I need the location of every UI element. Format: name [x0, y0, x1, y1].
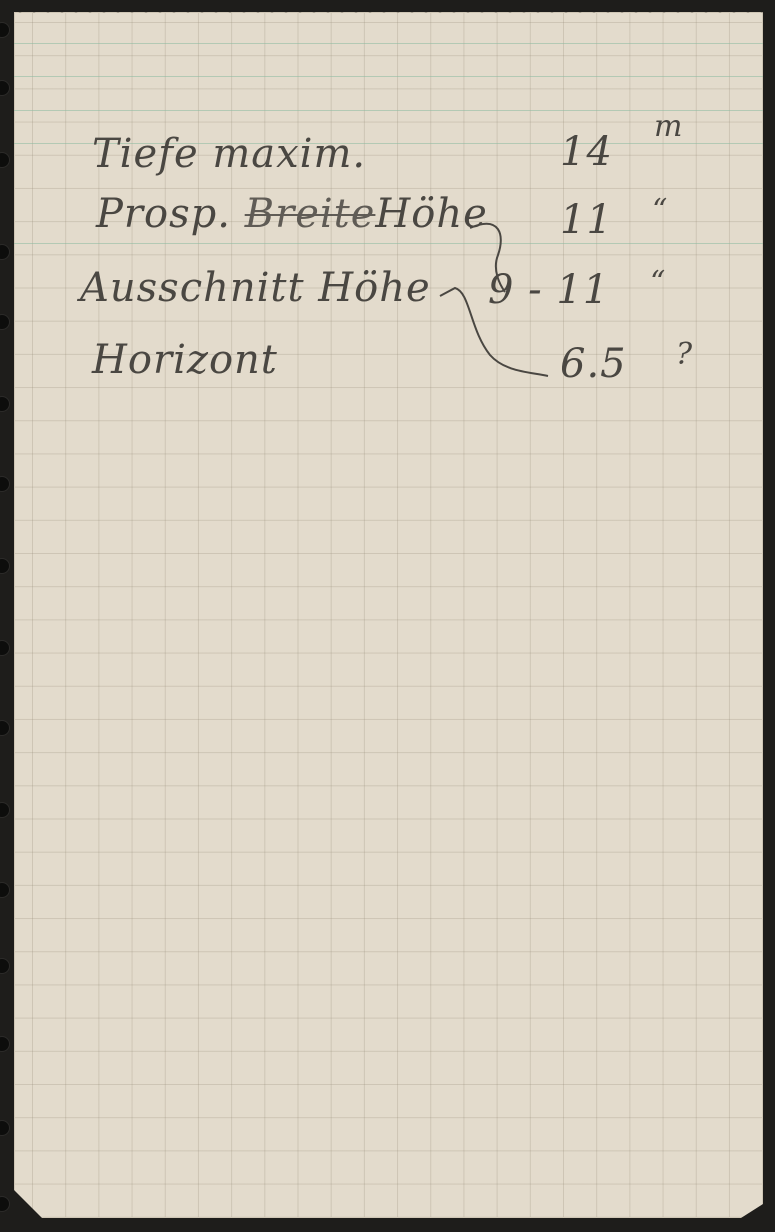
- binder-hole: [0, 558, 10, 574]
- binder-hole: [0, 152, 10, 168]
- label-struck-word: Breite: [245, 191, 376, 237]
- binder-hole: [0, 1196, 10, 1212]
- binder-hole: [0, 80, 10, 96]
- binder-hole: [0, 882, 10, 898]
- binder-hole: [0, 314, 10, 330]
- binder-hole: [0, 958, 10, 974]
- row-unit-proscenium: “: [652, 196, 668, 226]
- binder-hole: [0, 802, 10, 818]
- torn-perforated-edge: [14, 7, 763, 15]
- label-suffix: Höhe: [375, 191, 487, 237]
- label-prefix: Prosp.: [96, 191, 231, 237]
- row-value-proscenium: 11: [560, 200, 613, 240]
- row-value-cutout: 9 - 11: [488, 270, 609, 310]
- row-unit-horizon: ?: [676, 340, 693, 370]
- row-value-horizon: 6.5: [560, 344, 627, 384]
- binder-hole: [0, 476, 10, 492]
- row-label-proscenium: Prosp. BreiteHöhe: [96, 194, 488, 234]
- row-label-cutout: Ausschnitt Höhe: [80, 268, 431, 308]
- binder-holes: [0, 0, 14, 1232]
- row-value-depth: 14: [560, 132, 613, 172]
- row-unit-depth: m: [654, 112, 683, 142]
- binder-hole: [0, 1120, 10, 1136]
- binder-hole: [0, 244, 10, 260]
- folded-corner: [741, 1204, 763, 1218]
- binder-hole: [0, 1036, 10, 1052]
- grid-rule: [14, 110, 763, 111]
- grid-rule: [14, 76, 763, 77]
- binder-hole: [0, 720, 10, 736]
- row-unit-cutout: “: [650, 268, 666, 298]
- binder-hole: [0, 640, 10, 656]
- row-label-horizon: Horizont: [92, 340, 278, 380]
- row-label-depth: Tiefe maxim.: [92, 134, 366, 174]
- grid-rule: [14, 243, 763, 244]
- grid-rule: [14, 43, 763, 44]
- folded-corner: [14, 1190, 42, 1218]
- binder-hole: [0, 22, 10, 38]
- binder-hole: [0, 396, 10, 412]
